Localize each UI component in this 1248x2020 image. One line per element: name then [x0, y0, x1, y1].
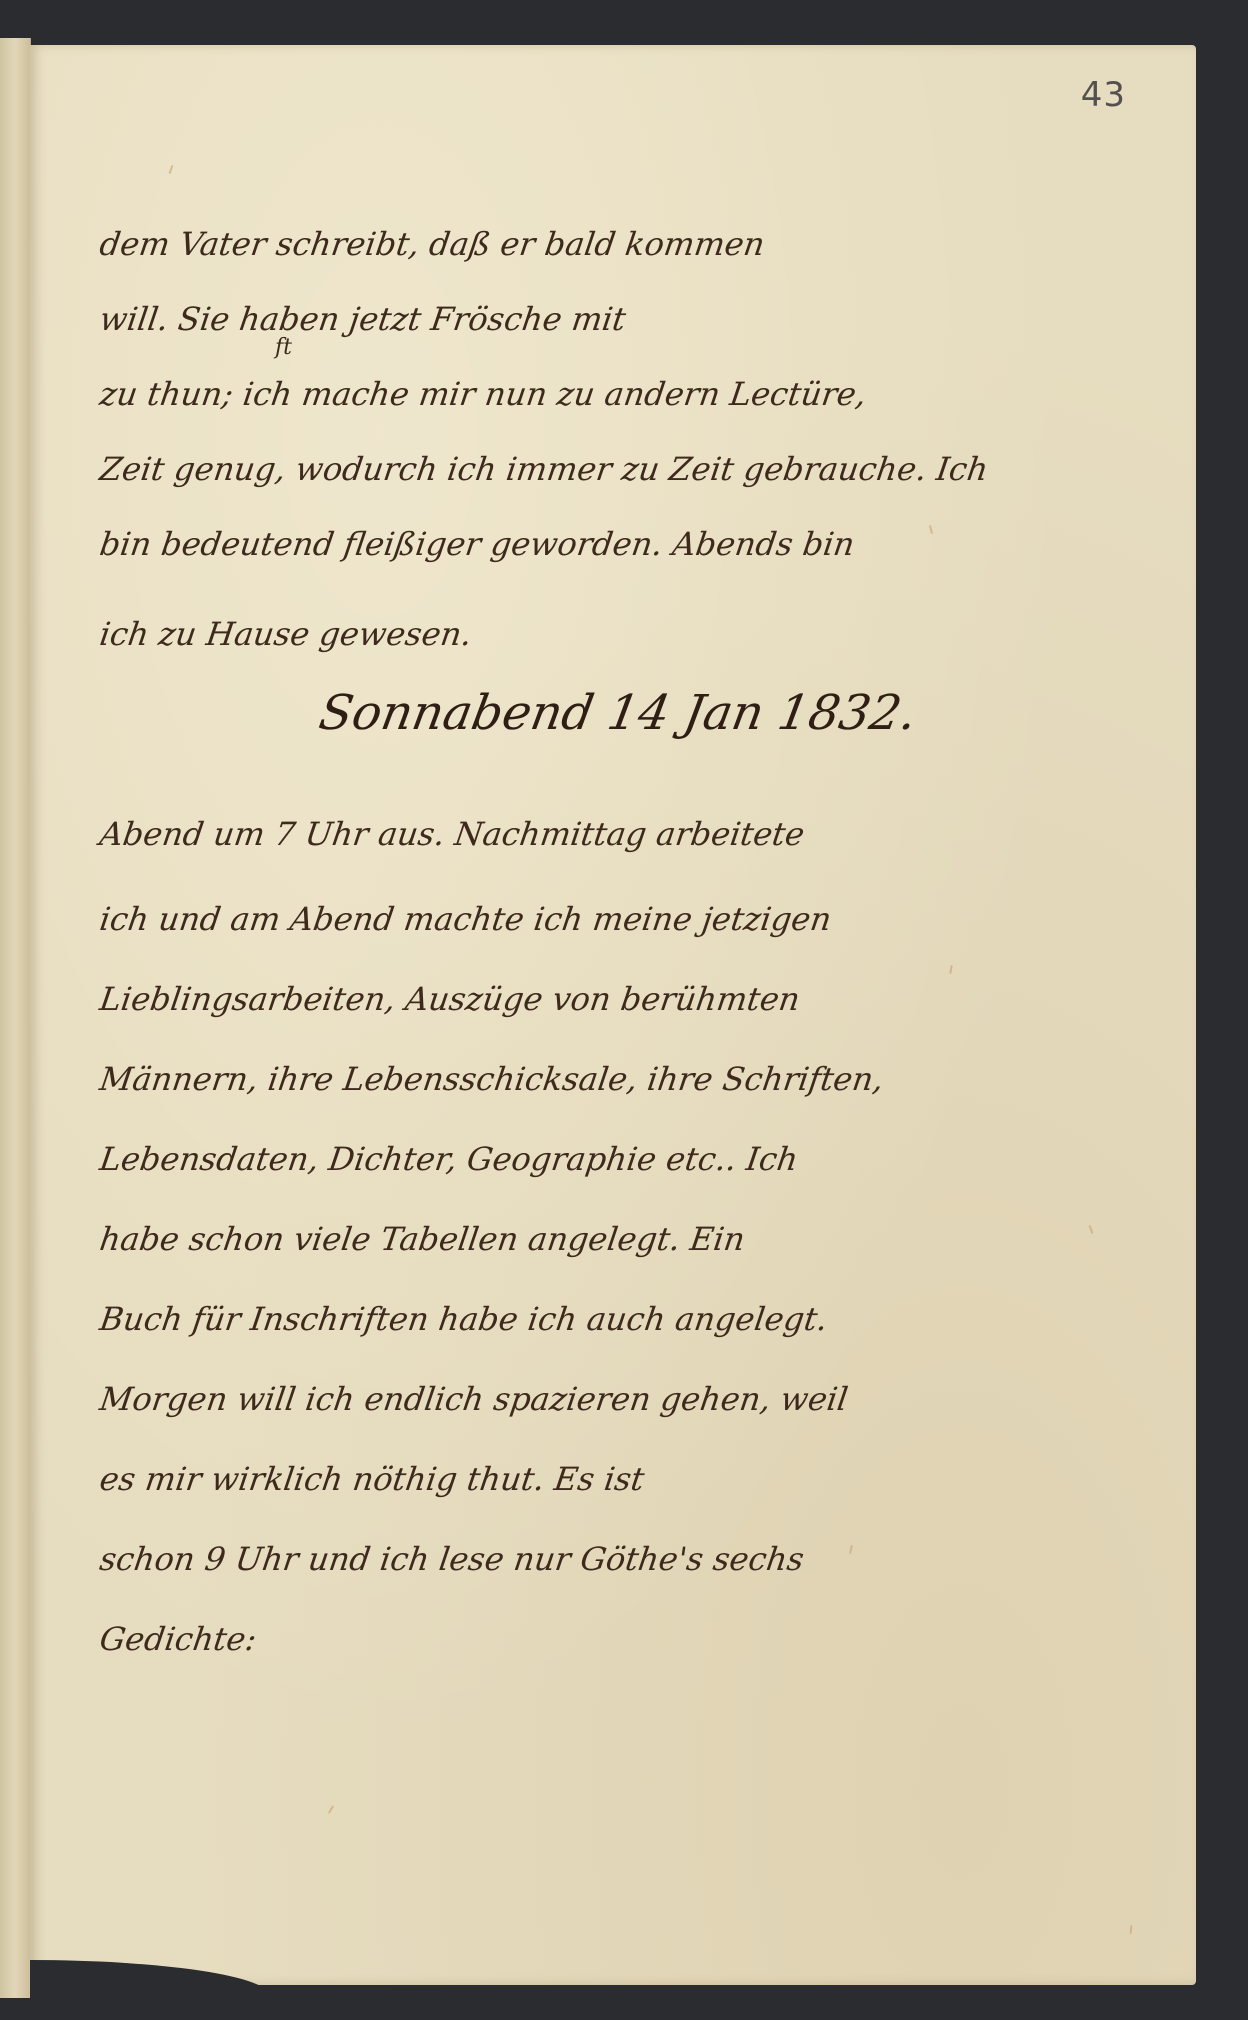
paper-speck [169, 165, 174, 174]
insertion-mark: ft [275, 335, 292, 360]
paper-speck [328, 1805, 334, 1814]
text-line: ich zu Hause gewesen. [97, 615, 474, 653]
text-line: Zeit genug, wodurch ich immer zu Zeit ge… [97, 450, 990, 488]
text-line: es mir wirklich nöthig thut. Es ist [97, 1460, 646, 1498]
paper-speck [1089, 1225, 1094, 1234]
text-line: Gedichte: [97, 1620, 259, 1658]
paper-speck [949, 965, 953, 974]
text-line: bin bedeutend fleißiger geworden. Abends… [97, 525, 857, 563]
paper-speck [929, 525, 933, 534]
text-line: Lebensdaten, Dichter, Geographie etc.. I… [97, 1140, 800, 1178]
manuscript-page: 43 dem Vater schreibt, daß er bald komme… [30, 45, 1196, 1985]
text-line: habe schon viele Tabellen angelegt. Ein [97, 1220, 747, 1258]
text-line: Buch für Inschriften habe ich auch angel… [97, 1300, 830, 1338]
text-line: dem Vater schreibt, daß er bald kommen [97, 225, 767, 263]
text-line: Morgen will ich endlich spazieren gehen,… [97, 1380, 850, 1418]
book-binding-strip [0, 38, 31, 1998]
text-line: schon 9 Uhr und ich lese nur Göthe's sec… [97, 1540, 806, 1578]
text-line: Männern, ihre Lebensschicksale, ihre Sch… [97, 1060, 886, 1098]
page-number: 43 [1081, 75, 1126, 115]
date-heading: Sonnabend 14 Jan 1832. [315, 685, 921, 741]
paper-speck [1130, 1925, 1133, 1934]
text-line: ich und am Abend machte ich meine jetzig… [97, 900, 833, 938]
text-line: Abend um 7 Uhr aus. Nachmittag arbeitete [97, 815, 807, 853]
paper-speck [849, 1545, 853, 1554]
text-line: zu thun; ich mache mir nun zu andern Lec… [97, 375, 868, 413]
text-line: will. Sie haben jetzt Frösche mit [97, 300, 628, 338]
text-line: Lieblingsarbeiten, Auszüge von berühmten [97, 980, 802, 1018]
